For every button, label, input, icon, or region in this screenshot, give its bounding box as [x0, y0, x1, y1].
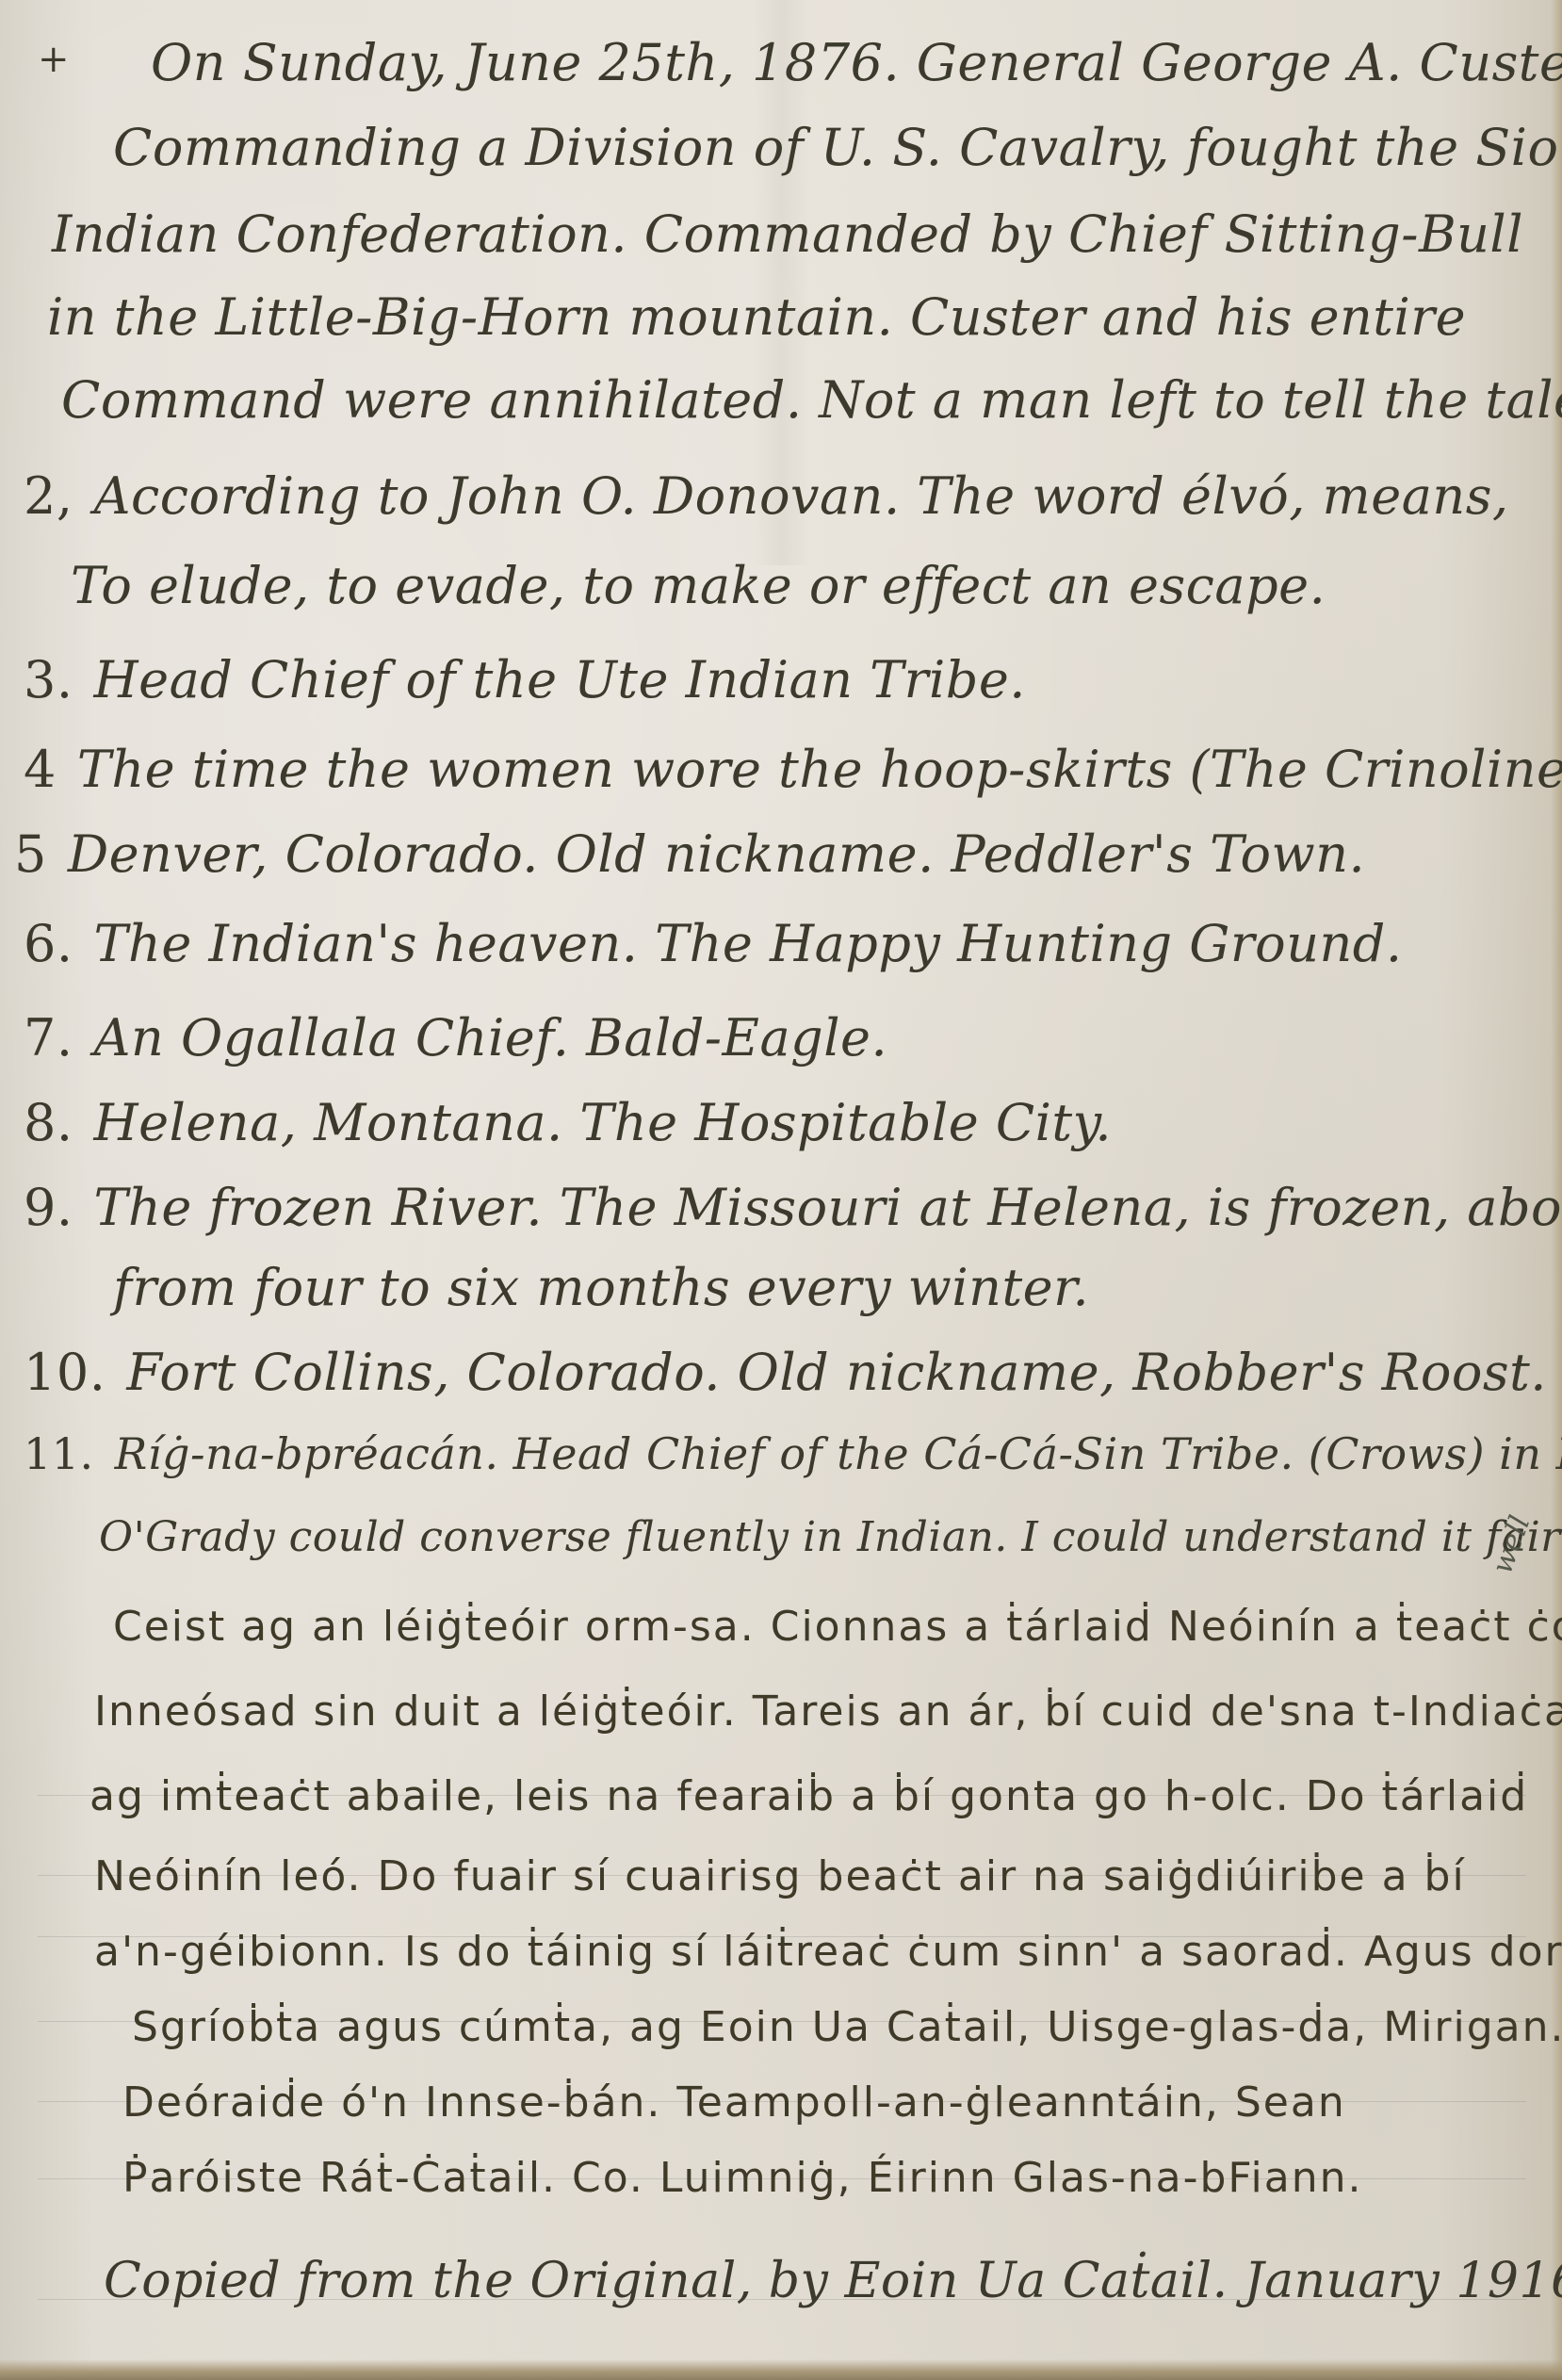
entry-4-line-1: 4The time the women wore the hoop-skirts… — [24, 744, 1562, 795]
entry-6-line-1: 6.The Indian's heaven. The Happy Hunting… — [24, 919, 1402, 970]
entry-9-line-2: from four to six months every winter. — [113, 1263, 1089, 1313]
entry-number: 11. — [24, 1432, 94, 1475]
entry-number: 5 — [14, 829, 47, 880]
entry-number: 6. — [24, 919, 73, 970]
entry-10-line-1: 10.Fort Collins, Colorado. Old nickname,… — [24, 1347, 1547, 1398]
entry-3-line-1: 3.Head Chief of the Ute Indian Tribe. — [24, 655, 1026, 706]
entry-5-line-1: 5Denver, Colorado. Old nickname. Peddler… — [14, 829, 1365, 880]
entry-number: 8. — [24, 1098, 73, 1149]
entry-11-line-2: O'Grady could converse fluently in India… — [99, 1517, 1562, 1558]
entry-number: 9. — [24, 1182, 73, 1233]
entry-1-line-5: Command were annihilated. Not a man left… — [61, 375, 1562, 426]
paper-bottom-edge — [0, 2359, 1562, 2380]
entry-2-line-2: To elude, to evade, to make or effect an… — [71, 561, 1326, 611]
entry-8-line-1: 8.Helena, Montana. The Hospitable City. — [24, 1098, 1112, 1149]
entry-1-line-1: On Sunday, June 25th, 1876. General Geor… — [151, 38, 1562, 89]
gaelic-line-2: Inneósad sin duit a léiġṫeóir. Tareis an… — [94, 1691, 1562, 1733]
entry-number: 10. — [24, 1347, 106, 1398]
copied-from-footer: Copied from the Original, by Eoin Ua Caṫ… — [104, 2257, 1562, 2306]
entry-2-line-1: 2,According to John O. Donovan. The word… — [24, 471, 1509, 522]
gaelic-line-4: Neóinín leó. Do fuair sí cuairisg beaċt … — [94, 1856, 1466, 1898]
gaelic-line-7: Deóraiḋe ó'n Innse-ḃán. Teampoll-an-ġlea… — [122, 2082, 1346, 2124]
gaelic-line-1: Ceist ag an léiġṫeóir orm-sa. Cionnas a … — [113, 1606, 1562, 1648]
entry-number: 3. — [24, 655, 73, 706]
entry-marker-plus: + — [38, 38, 70, 81]
gaelic-line-5: a'n-géibionn. Is do ṫáinig sí láiṫreaċ ċ… — [94, 1932, 1562, 1973]
entry-number: 2, — [24, 471, 73, 522]
entry-9-line-1: 9.The frozen River. The Missouri at Hele… — [24, 1182, 1562, 1233]
entry-number: 7. — [24, 1013, 73, 1064]
entry-number: 4 — [24, 744, 57, 795]
entry-1-line-4: in the Little-Big-Horn mountain. Custer … — [47, 292, 1466, 343]
entry-1-line-2: Commanding a Division of U. S. Cavalry, … — [113, 122, 1562, 173]
entry-11-line-1: 11.Ríġ-na-bpréacán. Head Chief of the Cá… — [24, 1432, 1562, 1475]
entry-1-line-3: Indian Confederation. Commanded by Chief… — [52, 209, 1523, 260]
gaelic-line-6: Sgríoḃṫa agus cúmṫa, ag Eoin Ua Caṫail, … — [132, 2007, 1562, 2048]
gaelic-line-8: Ṗaróiste Ráṫ-Ċaṫail. Co. Luimniġ, Éirinn… — [122, 2158, 1362, 2199]
manuscript-page: + On Sunday, June 25th, 1876. General Ge… — [0, 0, 1562, 2380]
entry-7-line-1: 7.An Ogallala Chief. Bald-Eagle. — [24, 1013, 887, 1064]
gaelic-line-3: ag imṫeaċt abaile, leis na fearaiḃ a ḃí … — [89, 1776, 1528, 1818]
